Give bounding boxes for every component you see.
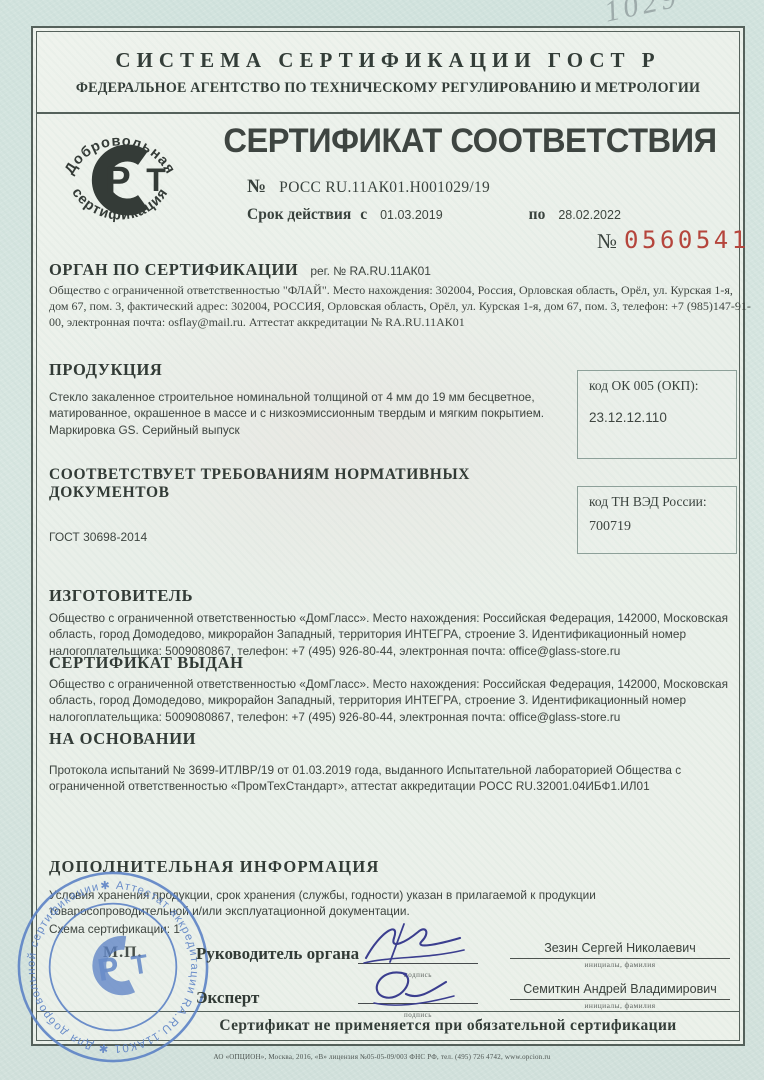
certificate-number-row: № РОСС RU.11АК01.Н001029/19 [247, 176, 490, 198]
certification-body-reg: рег. № RA.RU.11АК01 [310, 264, 431, 278]
logo-letter-t: Т [146, 162, 166, 198]
expert-signature-caption: подпись [404, 1011, 432, 1019]
stamp-seal: ✱ Аттестат аккредитации RA.RU.11АК01 ✱ Д… [0, 854, 226, 1080]
validity-from-label: с [360, 206, 367, 224]
validity-to-date: 28.02.2022 [558, 208, 621, 222]
certification-body-text: Общество с ограниченной ответственностью… [49, 283, 751, 330]
head-name-block: Зезин Сергей Николаевич инициалы, фамили… [510, 941, 730, 969]
validity-from-date: 01.03.2019 [380, 208, 443, 222]
compliance-text: ГОСТ 30698-2014 [49, 529, 569, 546]
tnved-code-value: 700719 [589, 519, 725, 535]
manufacturer-heading: ИЗГОТОВИТЕЛЬ [49, 586, 746, 606]
ok-code-label: код ОК 005 (ОКП): [589, 378, 725, 394]
expert-signature-ink [366, 966, 462, 1006]
rst-logo: Добровольная сертификация Р Т [50, 116, 190, 242]
head-role-label: Руководитель органа [196, 944, 359, 964]
head-signature-ink [360, 922, 472, 966]
section-certification-body: ОРГАН ПО СЕРТИФИКАЦИИ рег. № RA.RU.11АК0… [49, 260, 751, 330]
section-issued-to: СЕРТИФИКАТ ВЫДАН Общество с ограниченной… [49, 653, 746, 725]
product-heading: ПРОДУКЦИЯ [49, 360, 579, 380]
tnved-code-label: код ТН ВЭД России: [589, 494, 725, 510]
agency-title: ФЕДЕРАЛЬНОЕ АГЕНТСТВО ПО ТЕХНИЧЕСКОМУ РЕ… [48, 80, 729, 97]
issued-to-text: Общество с ограниченной ответственностью… [49, 676, 746, 725]
manufacturer-text: Общество с ограниченной ответственностью… [49, 610, 746, 659]
basis-text: Протокола испытаний № 3699-ИТЛВР/19 от 0… [49, 762, 739, 795]
header: СИСТЕМА СЕРТИФИКАЦИИ ГОСТ Р ФЕДЕРАЛЬНОЕ … [37, 32, 739, 114]
certificate-page: 1029 СИСТЕМА СЕРТИФИКАЦИИ ГОСТ Р ФЕДЕРАЛ… [0, 0, 764, 1080]
number-sign: № [247, 176, 266, 198]
ok-code-box: код ОК 005 (ОКП): 23.12.12.110 [577, 370, 737, 459]
certificate-number: РОСС RU.11АК01.Н001029/19 [279, 179, 490, 197]
blank-number-row: № 0560541 [597, 226, 750, 254]
head-name: Зезин Сергей Николаевич [510, 941, 730, 959]
section-manufacturer: ИЗГОТОВИТЕЛЬ Общество с ограниченной отв… [49, 586, 746, 659]
validity-to-label: по [529, 206, 546, 224]
logo-letter-p: Р [105, 160, 130, 202]
certificate-title: СЕРТИФИКАТ СООТВЕТСТВИЯ [211, 122, 729, 161]
expert-name: Семиткин Андрей Владимирович [510, 982, 730, 1000]
head-name-caption: инициалы, фамилия [510, 960, 730, 969]
tnved-code-box: код ТН ВЭД России: 700719 [577, 486, 737, 554]
stamp-letter-p: Р [95, 949, 121, 988]
section-product: ПРОДУКЦИЯ Стекло закаленное строительное… [49, 360, 579, 438]
system-title: СИСТЕМА СЕРТИФИКАЦИИ ГОСТ Р [37, 48, 739, 73]
compliance-heading: СООТВЕТСТВУЕТ ТРЕБОВАНИЯМ НОРМАТИВНЫХ ДО… [49, 466, 569, 502]
section-basis: НА ОСНОВАНИИ Протокола испытаний № 3699-… [49, 729, 739, 795]
expert-name-caption: инициалы, фамилия [510, 1001, 730, 1010]
ok-code-value: 23.12.12.110 [589, 410, 725, 425]
stamp-letter-t: Т [129, 948, 150, 980]
product-text: Стекло закаленное строительное номинальн… [49, 389, 579, 438]
certification-body-heading: ОРГАН ПО СЕРТИФИКАЦИИ [49, 260, 298, 280]
validity-label: Срок действия [247, 206, 351, 224]
validity-row: Срок действия с 01.03.2019 по 28.02.2022 [247, 206, 621, 224]
section-compliance: СООТВЕТСТВУЕТ ТРЕБОВАНИЯМ НОРМАТИВНЫХ ДО… [49, 466, 569, 546]
blank-number-sign: № [597, 229, 617, 254]
issued-to-heading: СЕРТИФИКАТ ВЫДАН [49, 653, 746, 673]
basis-heading: НА ОСНОВАНИИ [49, 729, 739, 749]
expert-role-label: Эксперт [196, 988, 259, 1008]
expert-name-block: Семиткин Андрей Владимирович инициалы, ф… [510, 982, 730, 1010]
blank-number: 0560541 [624, 226, 750, 254]
